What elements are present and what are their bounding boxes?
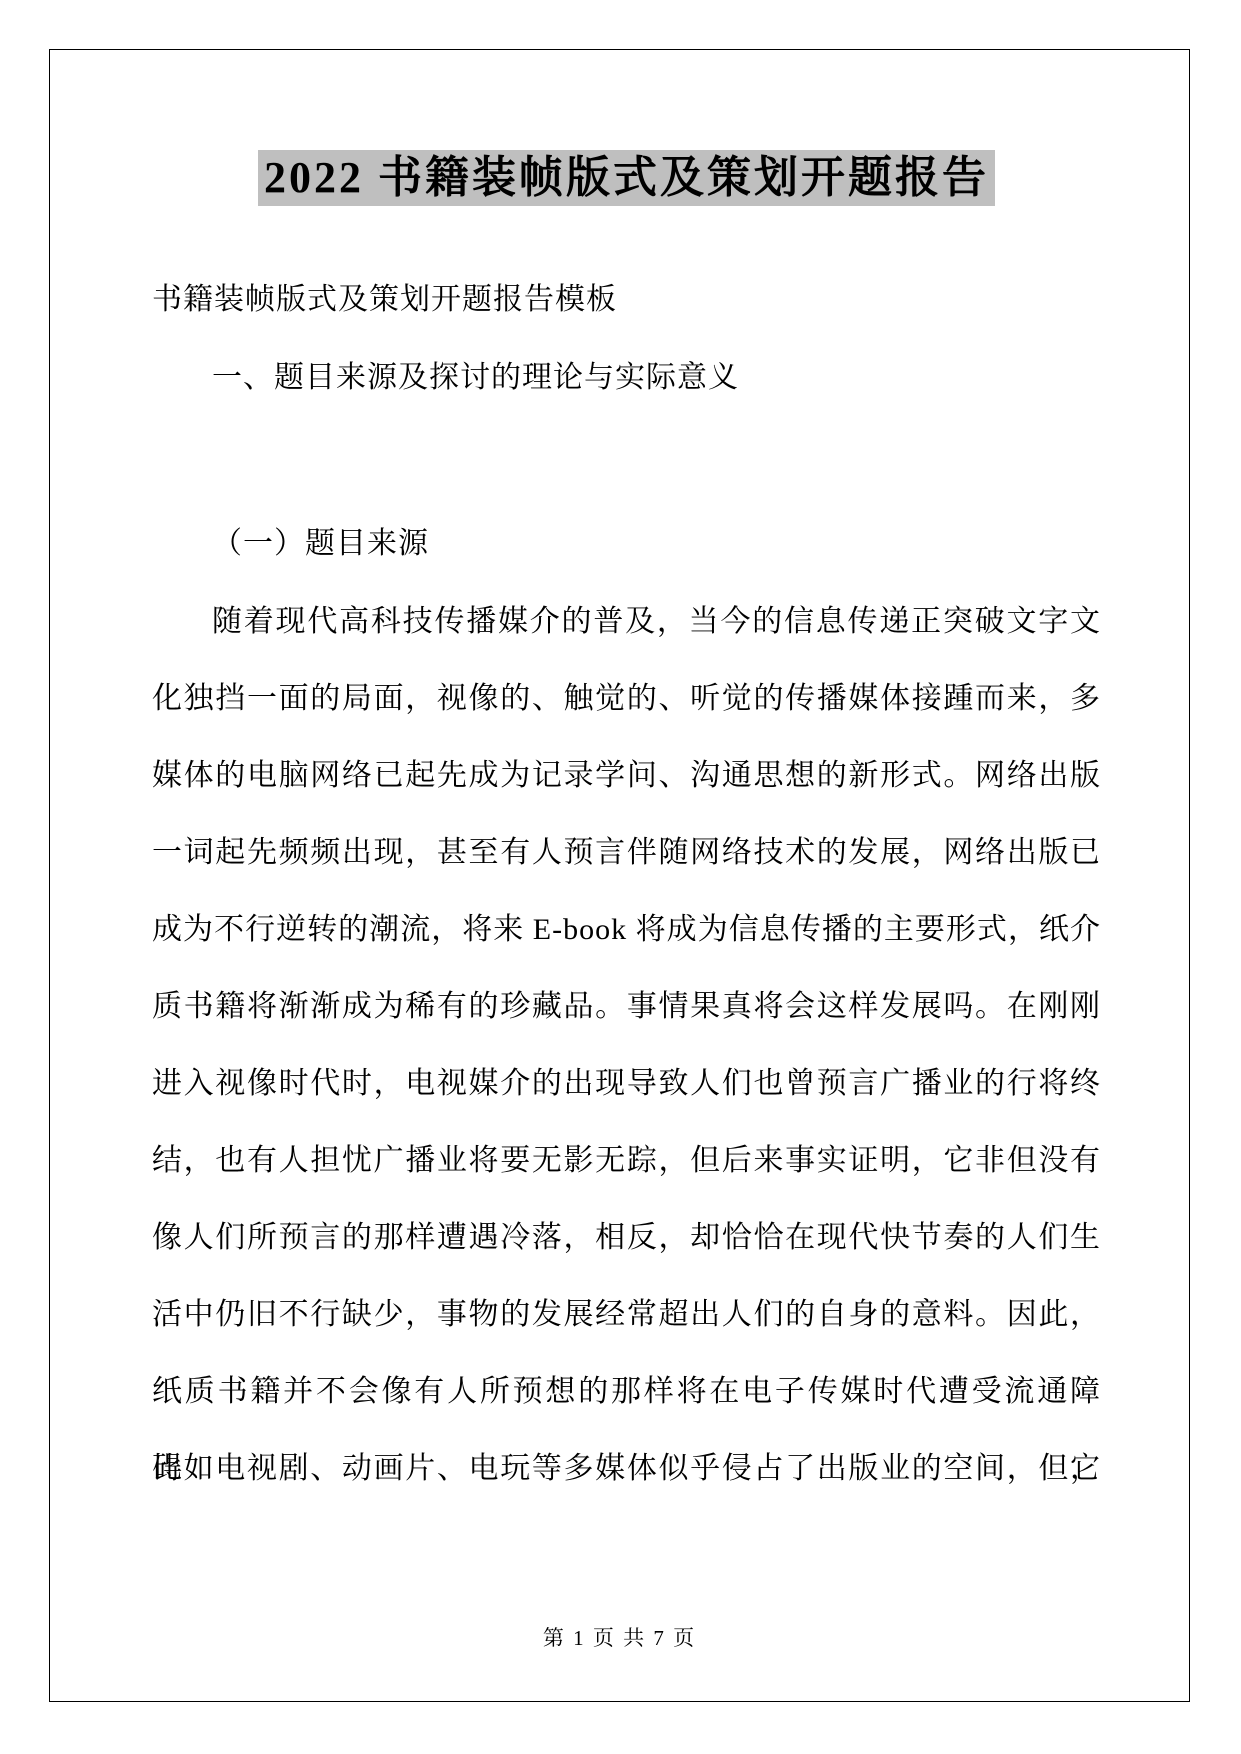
section-heading: 一、题目来源及探讨的理论与实际意义	[152, 339, 1101, 417]
document-subtitle: 书籍装帧版式及策划开题报告模板	[152, 261, 1101, 339]
document-title-row: 2022 书籍装帧版式及策划开题报告	[152, 150, 1101, 216]
paragraph-line: 比如电视剧、动画片、电玩等多媒体似乎侵占了出版业的空间，但它	[152, 1430, 1101, 1507]
page-number: 第 1 页 共 7 页	[543, 1626, 696, 1650]
paragraph-line: 像人们所预言的那样遭遇冷落，相反，却恰恰在现代快节奏的人们生	[152, 1199, 1101, 1276]
paragraph-line: 媒体的电脑网络已起先成为记录学问、沟通思想的新形式。网络出版	[152, 737, 1101, 814]
document-title: 2022 书籍装帧版式及策划开题报告	[258, 150, 995, 206]
page-footer: 第 1 页 共 7 页	[50, 1623, 1189, 1653]
body-paragraph: 随着现代高科技传播媒介的普及，当今的信息传递正突破文字文化独挡一面的局面，视像的…	[152, 583, 1101, 1507]
subsection-heading: （一）题目来源	[152, 505, 1101, 583]
paragraph-line: 化独挡一面的局面，视像的、触觉的、听觉的传播媒体接踵而来，多	[152, 660, 1101, 737]
paragraph-line: 纸质书籍并不会像有人所预想的那样将在电子传媒时代遭受流通障碍，	[152, 1353, 1101, 1430]
paragraph-line: 活中仍旧不行缺少，事物的发展经常超出人们的自身的意料。因此，	[152, 1276, 1101, 1353]
paragraph-line: 质书籍将渐渐成为稀有的珍藏品。事情果真将会这样发展吗。在刚刚	[152, 968, 1101, 1045]
document-content: 2022 书籍装帧版式及策划开题报告 书籍装帧版式及策划开题报告模板 一、题目来…	[50, 50, 1189, 1507]
page-border: 2022 书籍装帧版式及策划开题报告 书籍装帧版式及策划开题报告模板 一、题目来…	[49, 49, 1190, 1702]
paragraph-line: 成为不行逆转的潮流，将来 E-book 将成为信息传播的主要形式，纸介	[152, 891, 1101, 968]
blank-line	[152, 417, 1101, 505]
paragraph-line: 随着现代高科技传播媒介的普及，当今的信息传递正突破文字文	[152, 583, 1101, 660]
paragraph-line: 进入视像时代时，电视媒介的出现导致人们也曾预言广播业的行将终	[152, 1045, 1101, 1122]
paragraph-line: 结，也有人担忧广播业将要无影无踪，但后来事实证明，它非但没有	[152, 1122, 1101, 1199]
paragraph-line: 一词起先频频出现，甚至有人预言伴随网络技术的发展，网络出版已	[152, 814, 1101, 891]
